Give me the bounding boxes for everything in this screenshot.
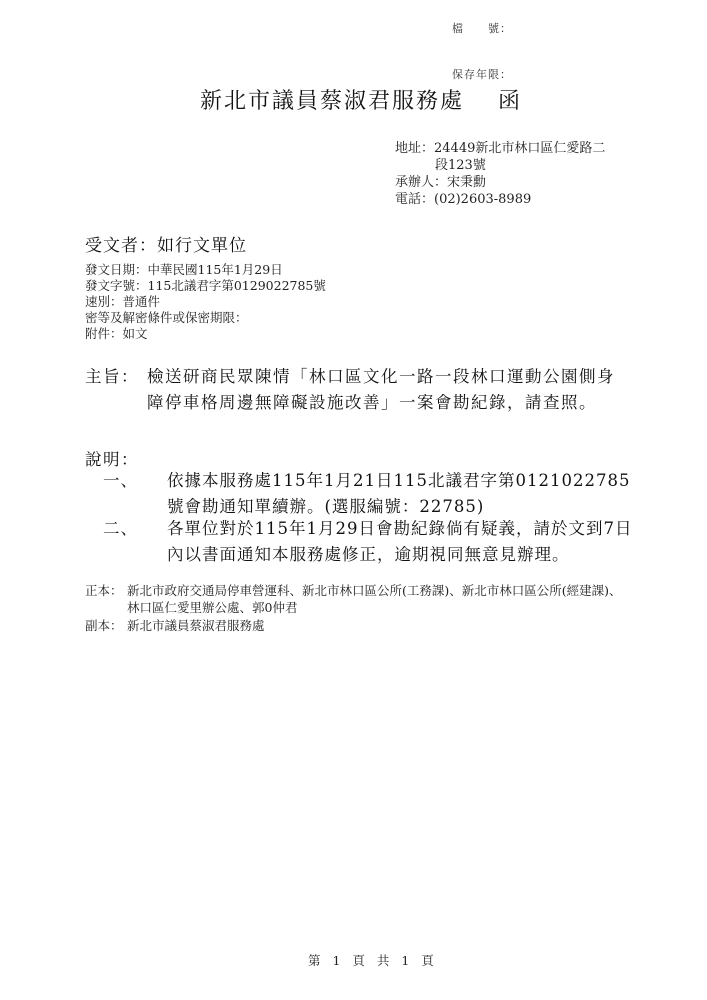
document-number: 發文字號：115北議君字第0129022785號 [85,278,326,294]
original-label: 正本： [85,582,123,599]
item-number: 一、 [103,468,138,494]
item-text: 依據本服務處115年1月21日115北議君字第0121022785號會勘通知單續… [167,468,637,520]
document-title: 新北市議員蔡淑君服務處函 [200,84,522,115]
item-text: 各單位對於115年1月29日會勘紀錄倘有疑義，請於文到7日內以書面通知本服務處修… [167,516,637,568]
copy-label: 副本： [85,617,123,634]
phone: 電話：(02)2603-8989 [395,191,531,208]
subject-text: 檢送研商民眾陳情「林口區文化一路一段林口運動公園側身障停車格周邊無障礙設施改善」… [147,364,627,416]
issue-date: 發文日期：中華民國115年1月29日 [85,262,283,278]
copy-text: 新北市議員蔡淑君服務處 [127,617,627,634]
explanation-item-1: 一、 依據本服務處115年1月21日115北議君字第0121022785號會勘通… [103,468,643,520]
handler: 承辦人：宋秉勳 [395,174,486,191]
subject-label: 主旨： [85,364,139,390]
page-indicator: 第 1 頁 共 1 頁 [308,951,438,969]
subject-section: 主旨： 檢送研商民眾陳情「林口區文化一路一段林口運動公園側身障停車格周邊無障礙設… [85,364,645,444]
address-line-1: 地址：24449新北市林口區仁愛路二 [395,140,605,157]
copy-recipients: 副本： 新北市議員蔡淑君服務處 [85,617,635,635]
explanation-label: 說明： [85,446,139,470]
issuing-office: 新北市議員蔡淑君服務處 [200,89,464,114]
address-line-2: 段123號 [435,157,486,174]
urgency: 速別：普通件 [85,294,160,310]
original-text: 新北市政府交通局停車營運科、新北市林口區公所(工務課)、新北市林口區公所(經建課… [127,582,627,616]
file-number-label: 檔 號： [452,20,512,36]
original-recipients: 正本： 新北市政府交通局停車營運科、新北市林口區公所(工務課)、新北市林口區公所… [85,582,635,618]
item-number: 二、 [103,516,138,542]
document-type: 函 [498,89,522,114]
recipient: 受文者：如行文單位 [85,231,247,256]
confidentiality: 密等及解密條件或保密期限： [85,310,248,326]
explanation-item-2: 二、 各單位對於115年1月29日會勘紀錄倘有疑義，請於文到7日內以書面通知本服… [103,516,643,568]
attachment: 附件：如文 [85,326,148,342]
retention-period-label: 保存年限： [452,66,512,82]
